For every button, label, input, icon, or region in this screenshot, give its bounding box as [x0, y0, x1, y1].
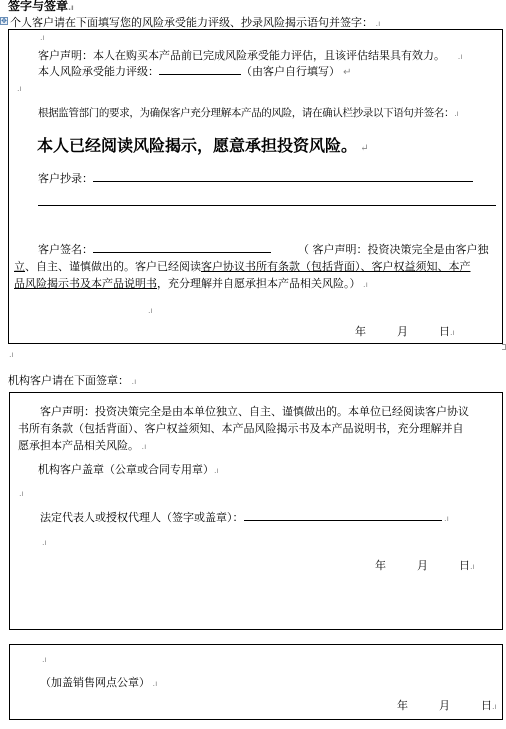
- sales-outlet-seal-text: （加盖销售网点公章）: [40, 676, 150, 689]
- paragraph-mark: .ı: [150, 679, 157, 688]
- paragraph-mark: .ı: [9, 350, 14, 359]
- risk-rating-field[interactable]: [159, 64, 241, 75]
- risk-statement: 本人已经阅读风险揭示，愿意承担投资风险。 ↵: [37, 133, 369, 156]
- sales-outlet-date: 年 月 日.ı: [397, 697, 497, 713]
- paragraph-mark: .ı: [148, 306, 153, 315]
- risk-rating-row: 本人风险承受能力评级：（由客户自行填写） ↵: [38, 63, 352, 79]
- customer-copy-field-line-2[interactable]: [38, 205, 496, 206]
- section-title: 签字与签章.ı: [8, 0, 74, 14]
- declaration-text: 客户声明：本人在购买本产品前已完成风险承受能力评估，且该评估结果具有效力。: [38, 49, 445, 62]
- institution-intro-text: 机构客户请在下面签章：: [8, 374, 129, 387]
- paragraph-mark: .ı: [139, 442, 146, 451]
- return-mark-icon: ↵: [357, 143, 369, 154]
- statement-text-a-visible: 、自主、谨慎做出的。客户已经阅读: [25, 260, 201, 273]
- date-day-label: 日: [439, 323, 450, 339]
- customer-statement-text: （ 客户声明：投资决策完全是由客户独: [298, 243, 489, 256]
- customer-copy-field[interactable]: [93, 171, 473, 182]
- paragraph-mark: .ı: [40, 33, 45, 42]
- date-month-label: 月: [417, 557, 428, 573]
- paragraph-mark: .ı: [442, 514, 449, 523]
- statement-underlined-lead: 立: [14, 260, 25, 273]
- institution-declaration-text: 愿承担本产品相关风险。: [18, 439, 139, 452]
- institution-intro: 机构客户请在下面签章： .ı: [8, 372, 136, 388]
- section-title-text: 签字与签章: [8, 0, 68, 13]
- paragraph-mark: .ı: [42, 655, 47, 664]
- date-month-label: 月: [397, 323, 408, 339]
- statement-text-b: ，充分理解并自愿承担本产品相关风险。）: [157, 277, 361, 290]
- customer-statement-line2: 立立、自主、谨慎做出的。客户已经阅读、自主、谨慎做出的。客户已经阅读客户协议书所…: [14, 258, 471, 274]
- table-resize-handle-icon[interactable]: [502, 344, 506, 350]
- representative-label: 法定代表人或授权代理人（签字或盖章）：: [40, 511, 244, 524]
- paragraph-mark: .ı: [492, 702, 497, 711]
- institution-declaration-line1: 客户声明：投资决策完全是由本单位独立、自主、谨慎做出的。本单位已经阅读客户协议: [40, 403, 469, 419]
- date-day-label: 日: [459, 557, 470, 573]
- return-mark-icon: ↵: [340, 67, 352, 78]
- table-move-handle-icon[interactable]: ✥: [0, 17, 8, 25]
- institution-declaration-text: 客户声明：投资决策完全是由本单位独立、自主、谨慎做出的。本单位已经阅读客户协议: [40, 405, 469, 418]
- paragraph-mark: .ı: [129, 377, 136, 386]
- institution-date: 年 月 日.ı: [375, 557, 475, 573]
- regulatory-instruction-text: 根据监管部门的要求，为确保客户充分理解本产品的风险，请在确认栏抄录以下语句并签名…: [38, 107, 454, 119]
- date-year-label: 年: [375, 557, 386, 573]
- paragraph-mark: .ı: [373, 19, 380, 28]
- customer-statement-line1: （ 客户声明：投资决策完全是由客户独: [298, 241, 489, 257]
- paragraph-mark: .ı: [445, 52, 462, 61]
- statement-underlined-docs: 客户协议书所有条款（包括背面）、客户权益须知、本产: [201, 260, 471, 273]
- paragraph-mark: .ı: [361, 280, 368, 289]
- representative-signature-field[interactable]: [244, 510, 442, 521]
- institution-seal-label: 机构客户盖章（公章或合同专用章）.ı: [38, 461, 219, 477]
- customer-signature-label: 客户签名：: [38, 243, 93, 256]
- institution-declaration-line3: 愿承担本产品相关风险。 .ı: [18, 437, 146, 453]
- statement-underlined-docs-2: 品风险揭示书及本产品说明书: [14, 277, 157, 290]
- paragraph-mark: .ı: [470, 562, 475, 571]
- date-month-label: 月: [439, 697, 450, 713]
- individual-date: 年 月 日.ı: [355, 323, 455, 339]
- institution-declaration-line2: 书所有条款（包括背面）、客户权益须知、本产品风险揭示书及本产品说明书，充分理解并…: [18, 420, 464, 436]
- paragraph-mark: .ı: [19, 489, 24, 498]
- customer-signature-field[interactable]: [93, 242, 271, 253]
- paragraph-mark: .ı: [454, 109, 458, 118]
- date-day-label: 日: [481, 697, 492, 713]
- date-year-label: 年: [397, 697, 408, 713]
- individual-intro: 个人客户请在下面填写您的风险承受能力评级、抄录风险揭示语句并签字： .ı: [10, 14, 380, 30]
- paragraph-mark: .ı: [68, 3, 74, 12]
- individual-intro-text: 个人客户请在下面填写您的风险承受能力评级、抄录风险揭示语句并签字：: [10, 16, 373, 29]
- customer-signature-row: 客户签名：: [38, 241, 271, 257]
- customer-copy-label: 客户抄录：: [38, 172, 93, 185]
- representative-row: 法定代表人或授权代理人（签字或盖章）： .ı: [40, 509, 449, 525]
- institution-declaration-text: 书所有条款（包括背面）、客户权益须知、本产品风险揭示书及本产品说明书，充分理解并…: [18, 422, 464, 435]
- regulatory-instruction: 根据监管部门的要求，为确保客户充分理解本产品的风险，请在确认栏抄录以下语句并签名…: [38, 105, 458, 120]
- paragraph-mark: .ı: [214, 466, 219, 475]
- risk-rating-note: （由客户自行填写）: [241, 65, 340, 78]
- customer-statement-line3: 品风险揭示书及本产品说明书，充分理解并自愿承担本产品相关风险。） .ı: [14, 275, 368, 291]
- paragraph-mark: .ı: [42, 538, 47, 547]
- risk-statement-text: 本人已经阅读风险揭示，愿意承担投资风险。: [37, 136, 357, 155]
- paragraph-mark: .ı: [450, 328, 455, 337]
- customer-copy-row: 客户抄录：: [38, 170, 473, 186]
- paragraph-mark: .ı: [17, 84, 22, 93]
- institution-seal-text: 机构客户盖章（公章或合同专用章）: [38, 463, 214, 476]
- date-year-label: 年: [355, 323, 366, 339]
- individual-declaration: 客户声明：本人在购买本产品前已完成风险承受能力评估，且该评估结果具有效力。 .ı: [38, 47, 462, 63]
- risk-rating-label: 本人风险承受能力评级：: [38, 65, 159, 78]
- sales-outlet-seal-label: （加盖销售网点公章） .ı: [40, 674, 157, 690]
